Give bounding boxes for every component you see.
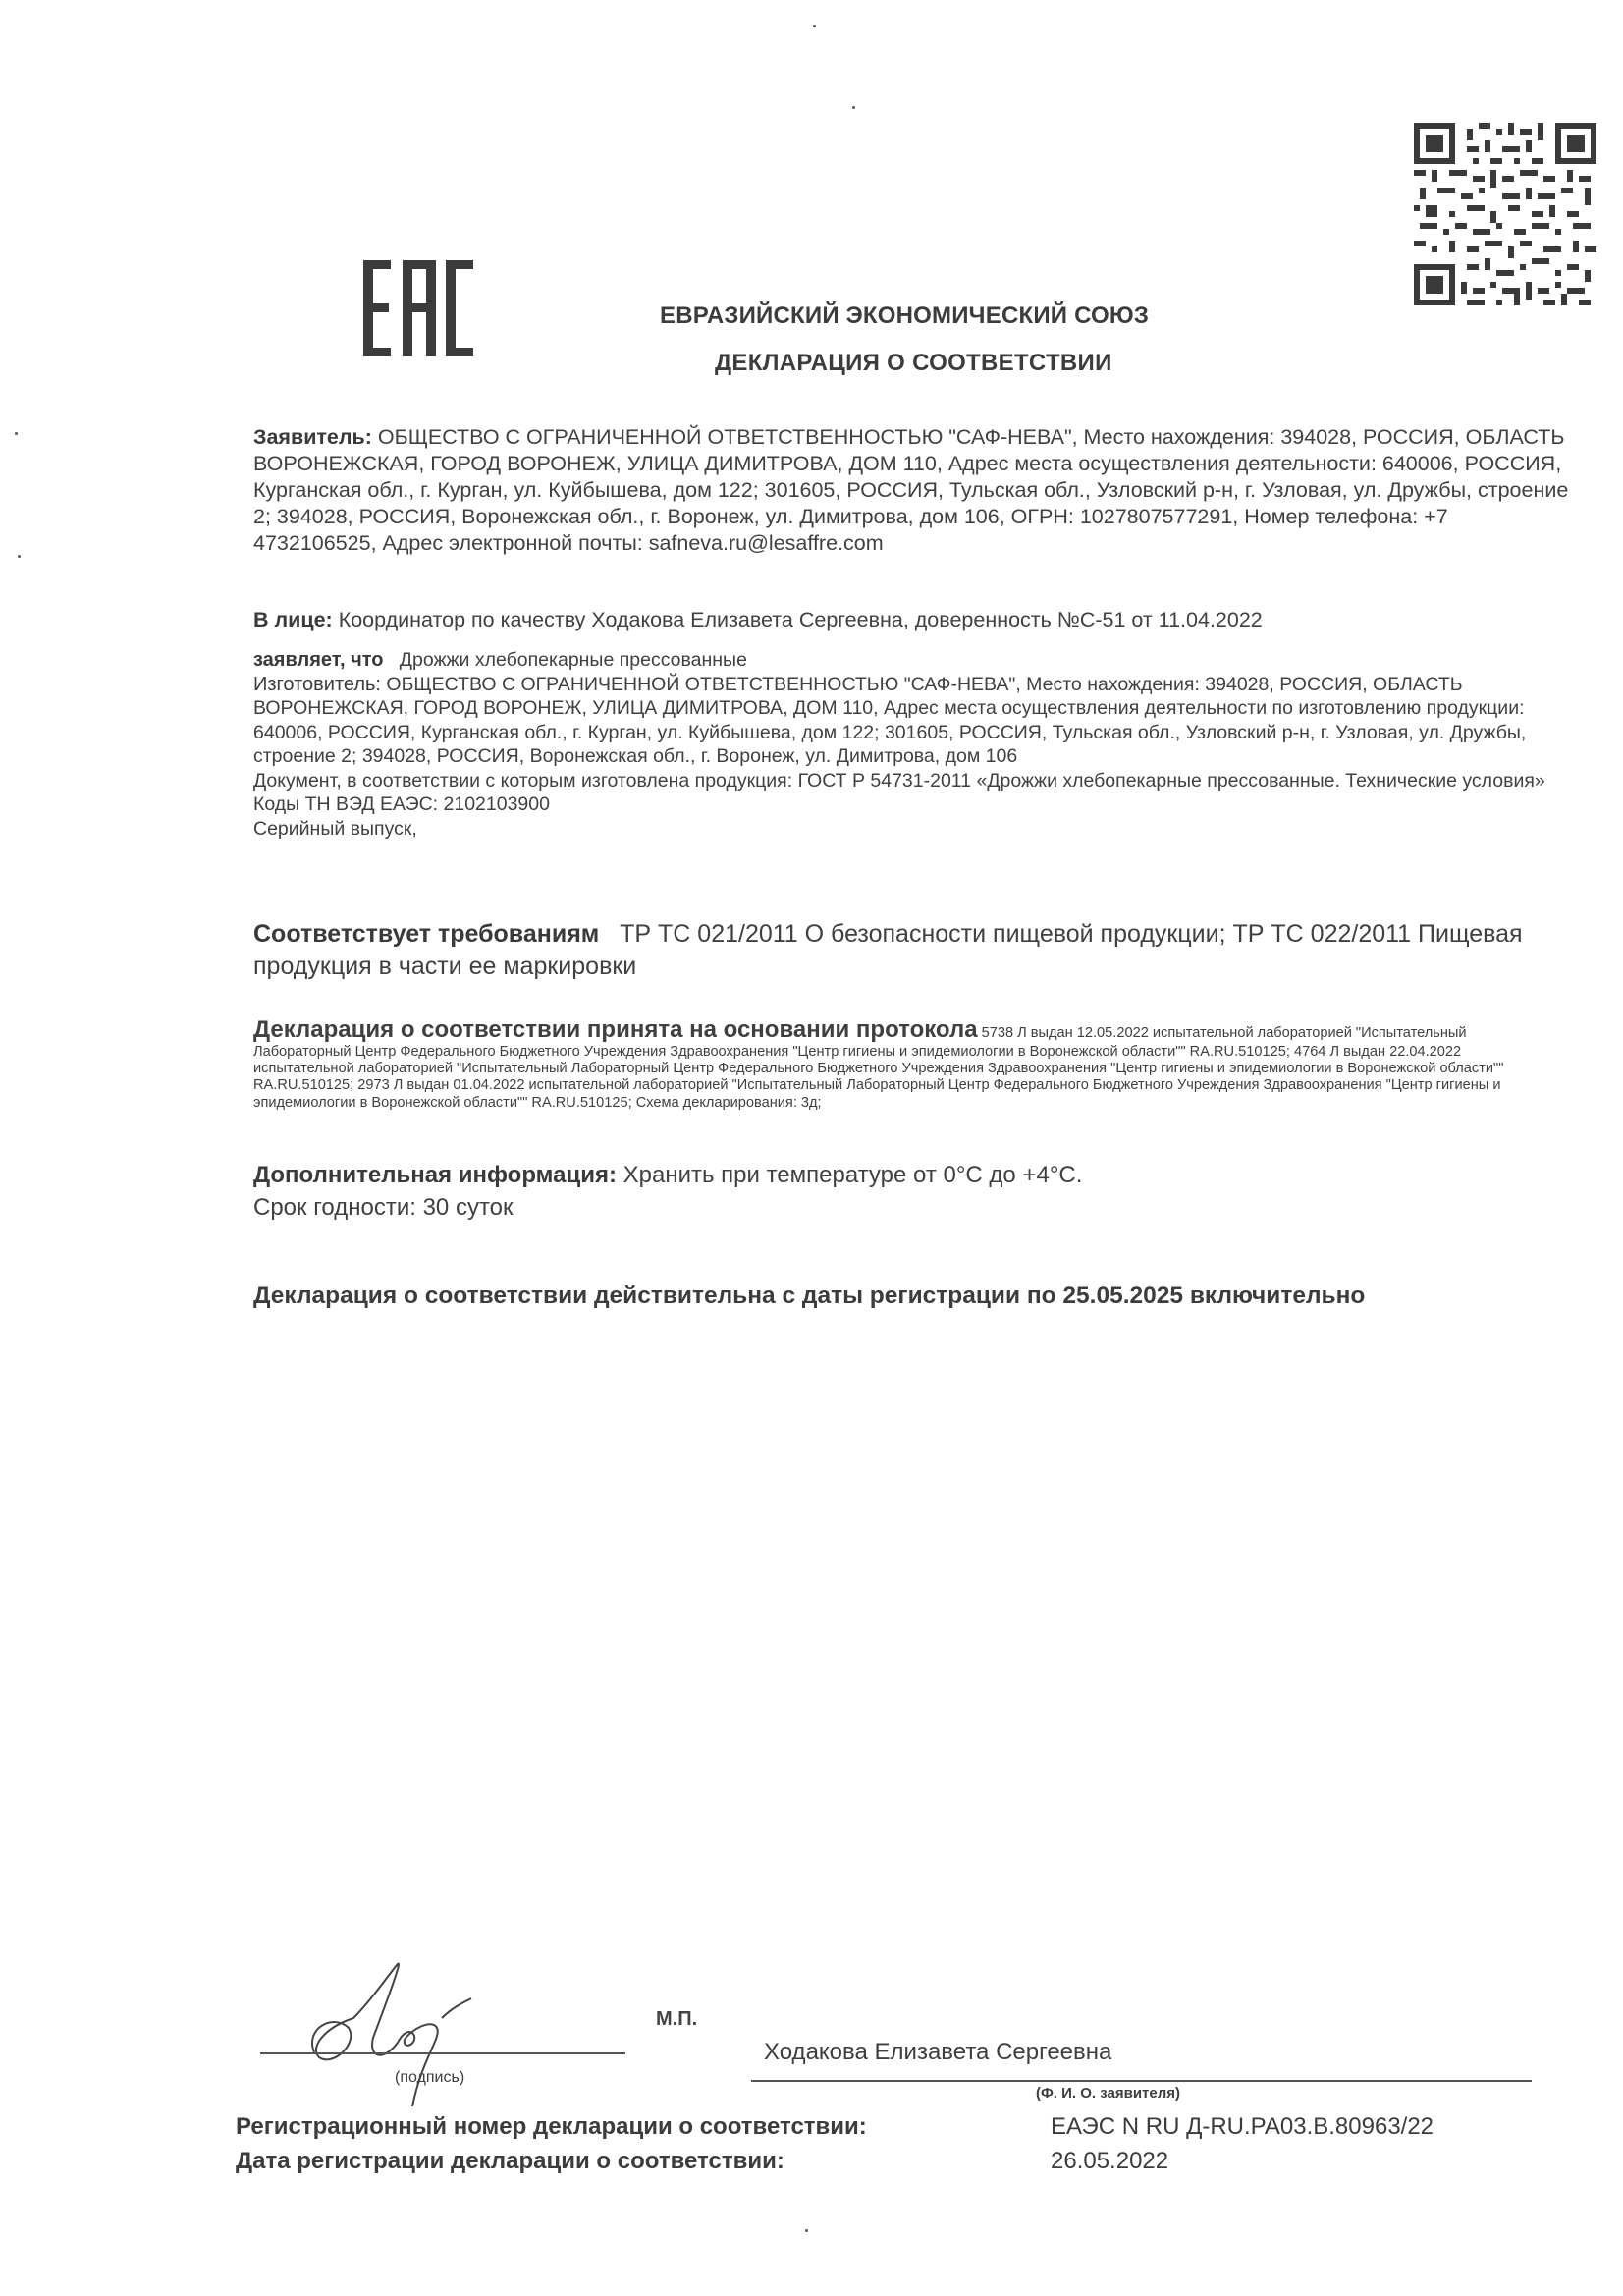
shelf-life: Срок годности: 30 суток (253, 1191, 1569, 1224)
additional-info-section: Дополнительная информация: Хранить при т… (253, 1159, 1569, 1224)
name-caption: (Ф. И. О. заявителя) (1036, 2085, 1180, 2102)
name-line (751, 2080, 1532, 2082)
product-section: заявляет, что Дрожжи хлебопекарные пресс… (253, 648, 1569, 841)
eac-mark-icon (363, 260, 473, 356)
manufacturer-text: ОБЩЕСТВО С ОГРАНИЧЕННОЙ ОТВЕТСТВЕННОСТЬЮ… (253, 674, 1526, 768)
registration-date-label: Дата регистрации декларации о соответств… (236, 2148, 784, 2175)
document-title: ДЕКЛАРАЦИЯ О СООТВЕТСТВИИ (715, 350, 1112, 377)
qr-code-icon (1414, 123, 1596, 305)
applicant-label: Заявитель: (253, 425, 372, 449)
storage-text: Хранить при температуре от 0°C до +4°C. (617, 1162, 1082, 1188)
standard-document: Документ, в соответствии с которым изгот… (253, 769, 1569, 793)
release-type: Серийный выпуск, (253, 817, 1569, 842)
scan-speck (15, 432, 18, 435)
manufacturer-line: Изготовитель: ОБЩЕСТВО С ОГРАНИЧЕННОЙ ОТ… (253, 673, 1569, 769)
representative-label: В лице: (253, 608, 333, 631)
registration-date-value: 26.05.2022 (1051, 2148, 1168, 2175)
union-title: ЕВРАЗИЙСКИЙ ЭКОНОМИЧЕСКИЙ СОЮЗ (660, 302, 1149, 330)
stamp-placeholder: М.П. (656, 2008, 697, 2031)
customs-codes: Коды ТН ВЭД ЕАЭС: 2102103900 (253, 793, 1569, 817)
representative-text: Координатор по качеству Ходакова Елизаве… (333, 608, 1263, 631)
representative-section: В лице: Координатор по качеству Ходакова… (253, 607, 1569, 633)
handwritten-signature-icon (295, 1959, 530, 2116)
applicant-name: Ходакова Елизавета Сергеевна (764, 2039, 1111, 2066)
registration-number-label: Регистрационный номер декларации о соотв… (236, 2113, 867, 2141)
storage-line: Дополнительная информация: Хранить при т… (253, 1159, 1569, 1191)
registration-number-value: ЕАЭС N RU Д-RU.PA03.B.80963/22 (1051, 2113, 1434, 2141)
product-line: заявляет, что Дрожжи хлебопекарные пресс… (253, 648, 1569, 673)
protocol-label: Декларация о соответствии принята на осн… (253, 1016, 978, 1043)
applicant-text: ОБЩЕСТВО С ОГРАНИЧЕННОЙ ОТВЕТСТВЕННОСТЬЮ… (253, 425, 1568, 555)
scan-speck (852, 106, 855, 109)
conformity-section: Соответствует требованиям ТР ТС 021/2011… (253, 918, 1530, 983)
applicant-section: Заявитель: ОБЩЕСТВО С ОГРАНИЧЕННОЙ ОТВЕТ… (253, 424, 1569, 557)
protocol-section: Декларация о соответствии принята на осн… (253, 1016, 1530, 1112)
manufacturer-label: Изготовитель: (253, 674, 381, 695)
signature-line (260, 2052, 625, 2054)
signature-caption: (подпись) (395, 2069, 464, 2087)
eac-letters-icon (363, 260, 473, 356)
validity-statement: Декларация о соответствии действительна … (253, 1282, 1432, 1311)
additional-label: Дополнительная информация: (253, 1162, 617, 1188)
scan-speck (18, 555, 21, 558)
product-name: Дрожжи хлебопекарные прессованные (400, 649, 747, 671)
conformity-label: Соответствует требованиям (253, 920, 599, 948)
declares-label: заявляет, что (253, 649, 384, 671)
scan-speck (805, 2229, 808, 2232)
scan-speck (813, 25, 816, 27)
